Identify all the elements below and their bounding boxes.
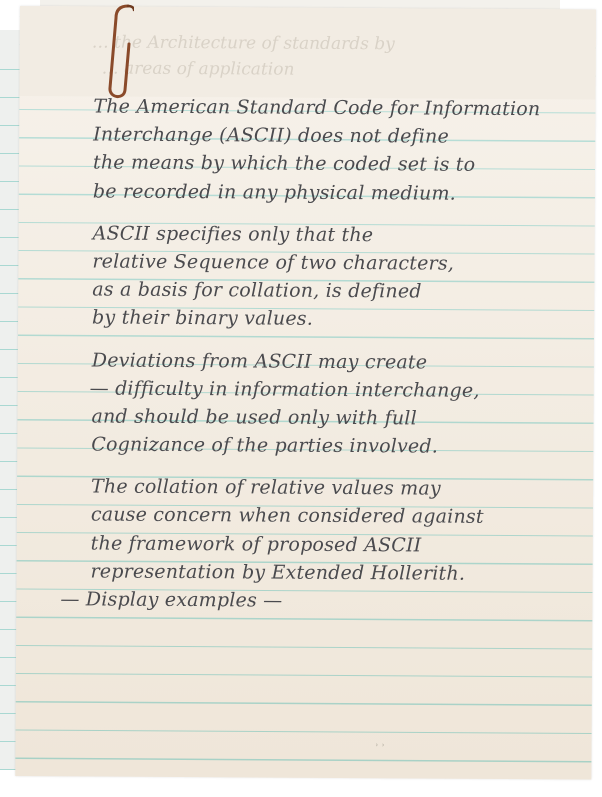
text-line: Deviations from ASCII may create bbox=[92, 346, 592, 377]
text-line: representation by Extended Hollerith. bbox=[90, 557, 590, 588]
text-line: the framework of proposed ASCII bbox=[91, 529, 591, 560]
faint-mark: ʾ ʾ bbox=[375, 743, 384, 754]
text-line: be recorded in any physical medium. bbox=[93, 177, 593, 208]
text-line: ASCII specifies only that the bbox=[93, 219, 593, 250]
text-line: by their binary values. bbox=[92, 304, 592, 335]
notebook-page: … the Architecture of standards by … are… bbox=[15, 6, 596, 780]
display-examples-line: — Display examples — bbox=[60, 585, 590, 616]
text-line: — difficulty in information interchange, bbox=[90, 374, 592, 405]
paragraph-3: Deviations from ASCII may create — diffi… bbox=[91, 346, 592, 462]
text-line: and should be used only with full bbox=[91, 402, 591, 433]
text-line: The collation of relative values may bbox=[91, 473, 591, 504]
text-line: The American Standard Code for Informati… bbox=[93, 92, 593, 123]
text-line: the means by which the coded set is to bbox=[93, 149, 593, 180]
handwritten-text: The American Standard Code for Informati… bbox=[90, 92, 593, 616]
text-line: Interchange (ASCII) does not define bbox=[93, 121, 593, 152]
text-line: Cognizance of the parties involved. bbox=[91, 431, 591, 462]
paperclip-icon bbox=[104, 4, 134, 102]
text-line: as a basis for collation, is defined bbox=[92, 276, 592, 307]
paragraph-1: The American Standard Code for Informati… bbox=[93, 92, 594, 208]
bleed-through-line-1: … the Architecture of standards by bbox=[92, 32, 395, 54]
paragraph-2: ASCII specifies only that the relative S… bbox=[92, 219, 593, 335]
paragraph-4: The collation of relative values may cau… bbox=[90, 473, 591, 617]
text-line: relative Sequence of two characters, bbox=[92, 247, 592, 278]
text-line: cause concern when considered against bbox=[91, 501, 591, 532]
